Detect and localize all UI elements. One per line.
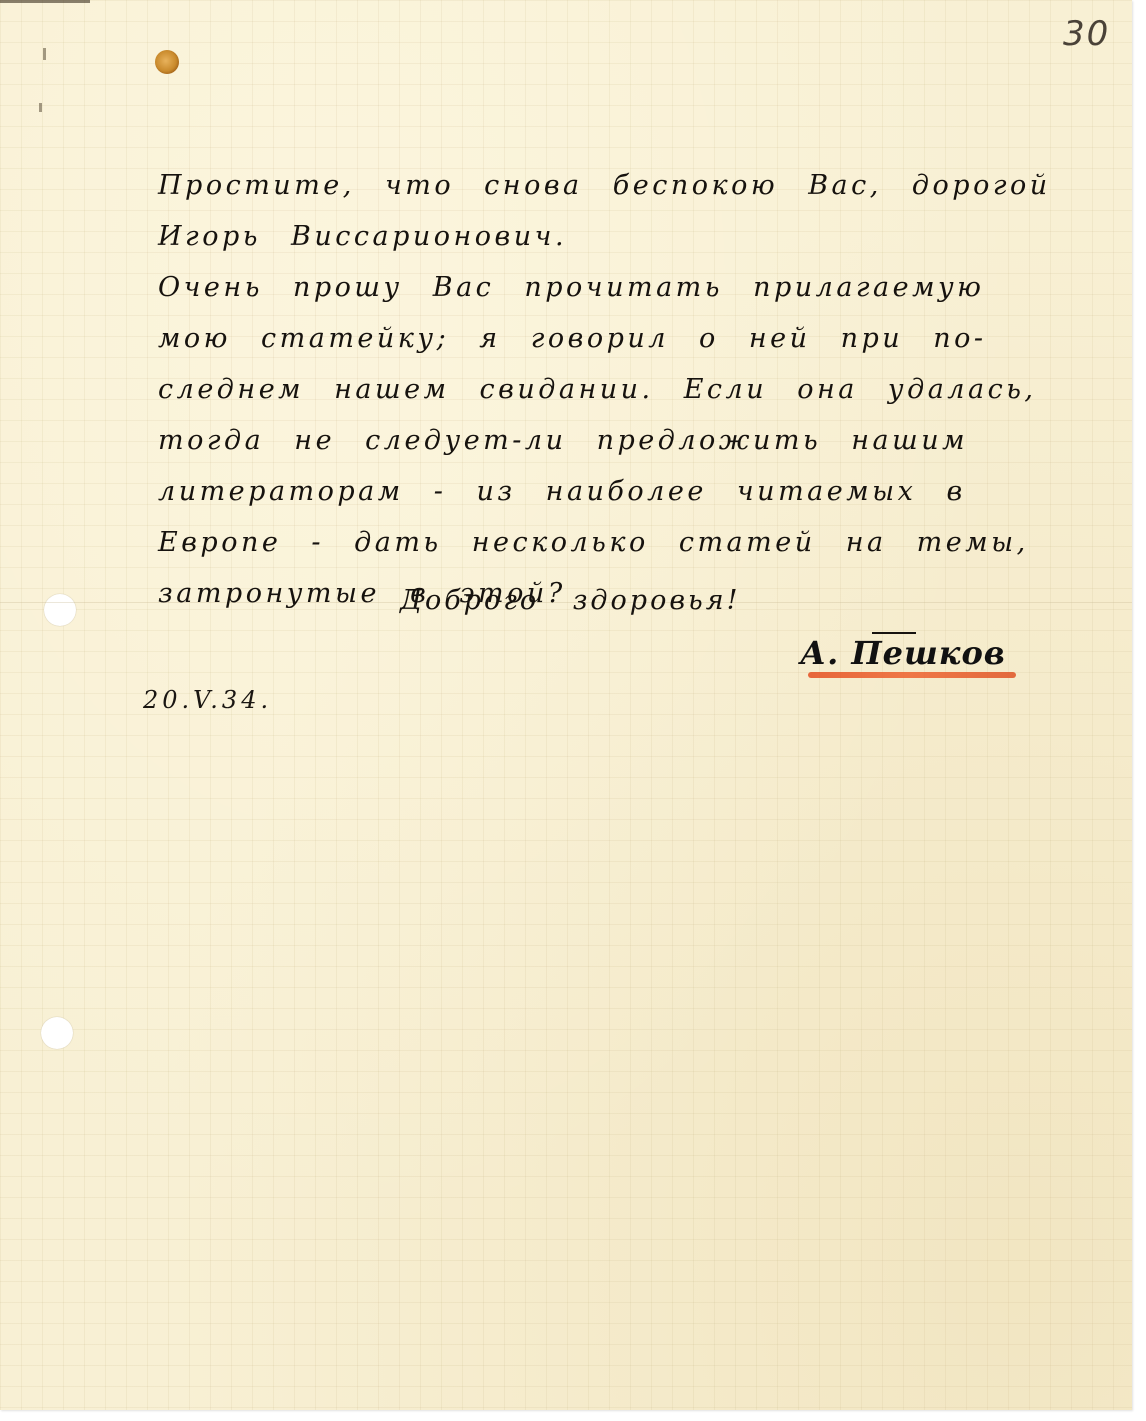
scan-edge-mark: [0, 0, 90, 3]
punch-hole-upper: [44, 594, 76, 626]
rust-stain-mark: [155, 50, 179, 74]
letter-page: 30 Простите, что снова беспокою Вас, дор…: [0, 0, 1132, 1410]
signature: А. Пешков: [800, 634, 1006, 672]
signature-red-underline: [808, 672, 1016, 678]
letter-date: 20.V.34.: [143, 686, 272, 714]
letter-line-salutation: Простите, что снова беспокою Вас, дорого…: [158, 160, 1058, 211]
letter-line: литераторам - из наиболее читаемых в: [158, 466, 1058, 517]
letter-line: мою статейку; я говорил о ней при по-: [158, 313, 1058, 364]
signature-block: А. Пешков: [800, 628, 1020, 688]
punch-hole-lower: [41, 1017, 73, 1049]
letter-line: тогда не следует-ли предложить нашим: [158, 415, 1058, 466]
letter-closing: Доброго здоровья!: [400, 585, 740, 616]
letter-line: Европе - дать несколько статей на темы,: [158, 517, 1058, 568]
archive-page-number: 30: [1063, 14, 1110, 54]
margin-mark: [43, 48, 46, 60]
letter-body: Простите, что снова беспокою Вас, дорого…: [158, 160, 1058, 619]
margin-mark: [39, 103, 42, 112]
letter-line-addressee: Игорь Виссарионович.: [158, 211, 1058, 262]
letter-line: Очень прошу Вас прочитать прилагаемую: [158, 262, 1058, 313]
letter-line: следнем нашем свидании. Если она удалась…: [158, 364, 1058, 415]
